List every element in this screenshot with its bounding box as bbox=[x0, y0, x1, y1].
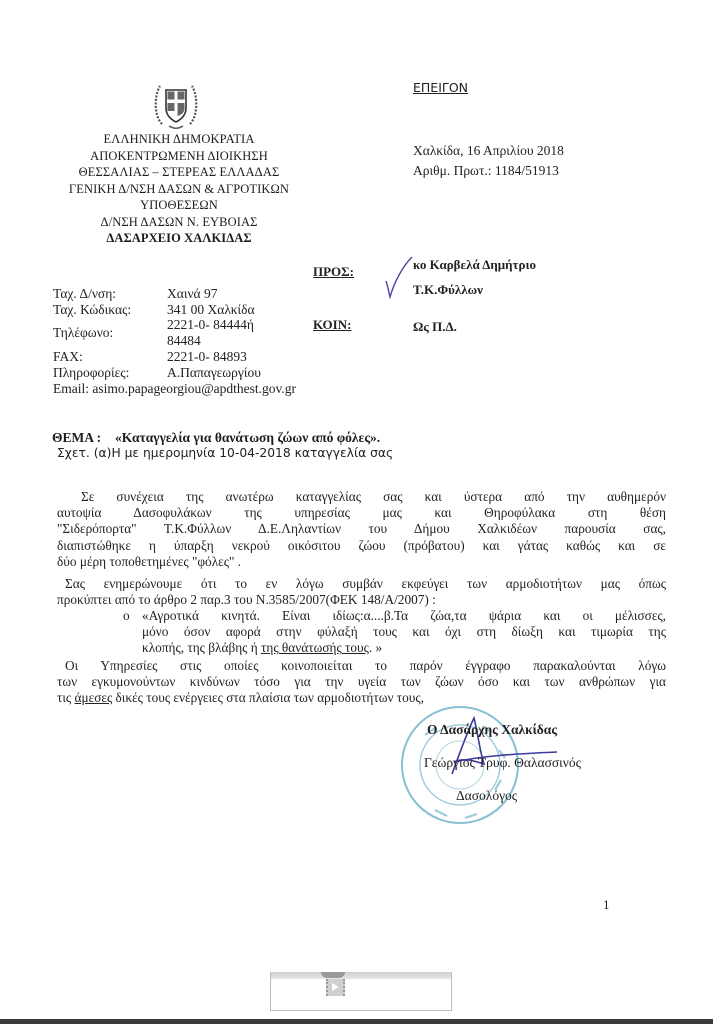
recipient-place: Τ.Κ.Φύλλων bbox=[413, 282, 483, 298]
media-viewer-widget[interactable] bbox=[270, 972, 452, 1011]
cc-label: ΚΟΙΝ: bbox=[313, 317, 351, 333]
signatory-role: Δασολόγος bbox=[456, 788, 517, 804]
quote-text: κλοπής, της βλάβης ή bbox=[142, 640, 261, 655]
body-line: "Σιδερόπορτα" Τ.Κ.Φύλλων Δ.Ε.Ληλαντίων τ… bbox=[57, 521, 666, 537]
quote-line: «Αγροτικά κινητά. Είναι ιδίως:α....β.Τα … bbox=[142, 608, 666, 624]
fax-value: 2221-0- 84893 bbox=[167, 349, 247, 365]
body-line: τις άμεσες δικές τους ενέργειες στα πλαί… bbox=[57, 690, 666, 706]
body-paragraph-2: Σας ενημερώνουμε ότι το εν λόγω συμβάν ε… bbox=[57, 576, 666, 608]
body-emphasis: άμεσες bbox=[75, 690, 113, 705]
body-line: Οι Υπηρεσίες στις οποίες κοινοποιείται τ… bbox=[57, 658, 666, 674]
body-line: προκύπτει από το άρθρο 2 παρ.3 του Ν.358… bbox=[57, 592, 666, 608]
address-value: Χαινά 97 bbox=[167, 286, 218, 302]
quote-emphasis: της θανάτωσής τους bbox=[261, 640, 369, 655]
body-paragraph-1: Σε συνέχεια της ανωτέρω καταγγελίας σας … bbox=[57, 489, 666, 570]
phone-value: 2221-0- 84444ή bbox=[167, 317, 254, 333]
info-value: Α.Παπαγεωργίου bbox=[167, 365, 261, 381]
recipient-name: κο Καρβελά Δημήτριο bbox=[413, 257, 536, 273]
bullet-marker: o bbox=[123, 608, 130, 624]
cc-recipient: Ως Π.Δ. bbox=[413, 319, 457, 335]
authority-line: ΘΕΣΣΑΛΙΑΣ – ΣΤΕΡΕΑΣ ΕΛΛΑΔΑΣ bbox=[14, 164, 344, 181]
authority-line: Δ/ΝΣΗ ΔΑΣΩΝ Ν. ΕΥΒΟΙΑΣ bbox=[14, 214, 344, 231]
to-label: ΠΡΟΣ: bbox=[313, 264, 354, 280]
viewer-drag-handle[interactable] bbox=[321, 972, 345, 978]
postcode-value: 341 00 Χαλκίδα bbox=[167, 302, 255, 318]
body-text: δικές τους ενέργειες στα πλαίσια των αρμ… bbox=[112, 690, 424, 705]
quote-line: κλοπής, της βλάβης ή της θανάτωσής τους.… bbox=[142, 640, 666, 656]
email-link[interactable]: Email: asimo.papageorgiou@apdthest.gov.g… bbox=[53, 381, 296, 397]
phone-value-alt: 84484 bbox=[167, 333, 201, 349]
body-line: των εγκυμονούντων κινδύνων τόσο για την … bbox=[57, 674, 666, 690]
body-line: διαπιστώθηκε η ύπαρξη νεκρού οικόσιτου ζ… bbox=[57, 538, 666, 554]
body-text: τις bbox=[57, 690, 75, 705]
handwritten-checkmark-icon bbox=[384, 255, 414, 299]
postcode-label: Ταχ. Κώδικας: bbox=[53, 302, 131, 318]
law-quote: «Αγροτικά κινητά. Είναι ιδίως:α....β.Τα … bbox=[142, 608, 666, 657]
place-date: Χαλκίδα, 16 Απριλίου 2018 bbox=[413, 143, 564, 159]
signatory-title: Ο Δασάρχης Χαλκίδας bbox=[427, 722, 557, 738]
subject-label: ΘΕΜΑ : bbox=[52, 430, 101, 446]
quote-end: . » bbox=[369, 640, 382, 655]
authority-line: ΥΠΟΘΕΣΕΩΝ bbox=[14, 197, 344, 214]
body-line: αυτοψία Δασοφυλάκων της υπηρεσίας μας κα… bbox=[57, 505, 666, 521]
body-line: δύο μέρη τοποθετημένες "φόλες" . bbox=[57, 554, 666, 570]
protocol-number: Αριθμ. Πρωτ.: 1184/51913 bbox=[413, 163, 559, 179]
video-play-icon[interactable] bbox=[326, 979, 345, 996]
signatory-name: Γεώργιος Τρυφ. Θαλασσινός bbox=[424, 755, 581, 771]
quote-line: μόνο όσον αφορά στην φύλαξή τους και όχι… bbox=[142, 624, 666, 640]
subject-title: «Καταγγελία για θανάτωση ζώων από φόλες»… bbox=[115, 430, 380, 446]
phone-label: Τηλέφωνο: bbox=[53, 325, 113, 341]
issuing-authority: ΕΛΛΗΝΙΚΗ ΔΗΜΟΚΡΑΤΙΑ ΑΠΟΚΕΝΤΡΩΜΕΝΗ ΔΙΟΙΚΗ… bbox=[14, 131, 344, 247]
address-label: Ταχ. Δ/νση: bbox=[53, 286, 116, 302]
body-line: Σας ενημερώνουμε ότι το εν λόγω συμβάν ε… bbox=[57, 576, 666, 592]
viewer-toolbar bbox=[271, 972, 451, 979]
body-line: Σε συνέχεια της ανωτέρω καταγγελίας σας … bbox=[57, 489, 666, 505]
page-number: 1 bbox=[603, 897, 610, 913]
greek-coat-of-arms-icon bbox=[152, 78, 200, 130]
fax-label: FAX: bbox=[53, 349, 83, 365]
body-paragraph-3: Οι Υπηρεσίες στις οποίες κοινοποιείται τ… bbox=[57, 658, 666, 707]
issuing-office: ΔΑΣΑΡΧΕΙΟ ΧΑΛΚΙΔΑΣ bbox=[14, 230, 344, 247]
info-label: Πληροφορίες: bbox=[53, 365, 129, 381]
scan-bottom-edge bbox=[0, 1019, 713, 1024]
authority-line: ΓΕΝΙΚΗ Δ/ΝΣΗ ΔΑΣΩΝ & ΑΓΡΟΤΙΚΩΝ bbox=[14, 181, 344, 198]
subject-reference: Σχετ. (α)Η με ημερομηνία 10-04-2018 κατα… bbox=[57, 446, 393, 460]
urgent-mark: ΕΠΕΙΓΟΝ bbox=[413, 80, 468, 95]
authority-line: ΑΠΟΚΕΝΤΡΩΜΕΝΗ ΔΙΟΙΚΗΣΗ bbox=[14, 148, 344, 165]
authority-line: ΕΛΛΗΝΙΚΗ ΔΗΜΟΚΡΑΤΙΑ bbox=[14, 131, 344, 148]
